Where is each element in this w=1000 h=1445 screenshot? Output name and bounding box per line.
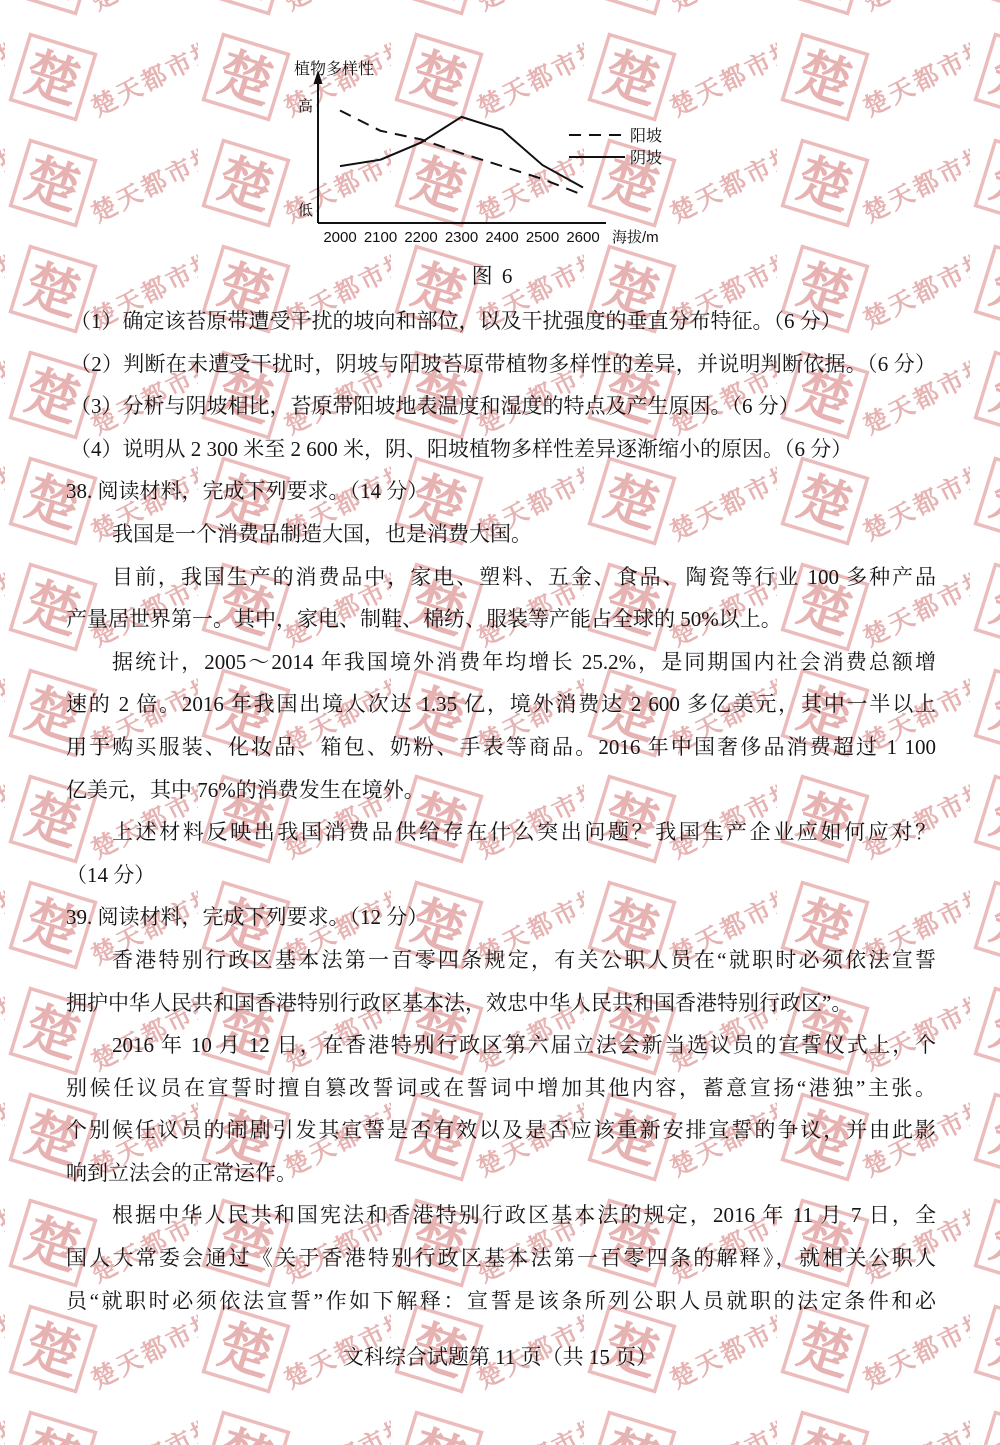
body-line: （14 分） [66,854,936,897]
chart-series-lines [340,111,583,196]
body-line: 39. 阅读材料，完成下列要求。（12 分） [66,896,936,939]
x-axis-tick-labels: 2000210022002300240025002600 [323,229,599,246]
body-line: 响到立法会的正常运作。 [66,1152,936,1195]
x-axis-tick: 2000 [323,229,356,246]
x-axis-tick: 2500 [526,229,559,246]
body-line: （1）确定该苔原带遭受干扰的坡向和部位，以及干扰强度的垂直分布特征。（6 分） [66,300,936,343]
page-content: 植物多样性 高 低 2000210022002300240025002600 海… [0,0,1000,1445]
legend-label-shady-slope: 阴坡 [630,149,662,167]
figure6-chart: 植物多样性 高 低 2000210022002300240025002600 海… [288,53,698,253]
body-line: 上述材料反映出我国消费品供给存在什么突出问题？我国生产企业应如何应对？ [66,811,936,854]
exam-body-text: （1）确定该苔原带遭受干扰的坡向和部位，以及干扰强度的垂直分布特征。（6 分）（… [66,300,936,1322]
x-axis-tick: 2100 [364,229,397,246]
series-line-阴坡 [340,117,583,188]
x-axis-tick: 2400 [485,229,518,246]
body-line: 员“就职时必须依法宣誓”作如下解释：宣誓是该条所列公职人员就职的法定条件和必 [66,1280,936,1323]
body-line: 目前，我国生产的消费品中，家电、塑料、五金、食品、陶瓷等行业 100 多种产品 [66,556,936,599]
body-line: 根据中华人民共和国宪法和香港特别行政区基本法的规定，2016 年 11 月 7 … [66,1194,936,1237]
body-line: （3）分析与阴坡相比，苔原带阳坡地表温度和湿度的特点及产生原因。（6 分） [66,385,936,428]
exam-paper-page: 楚 楚 楚天都市报 楚天都市报 植物多样性 高 [0,0,1000,1445]
body-line: 据统计，2005～2014 年我国境外消费年均增长 25.2%，是同期国内社会消… [66,641,936,684]
body-line: 香港特别行政区基本法第一百零四条规定，有关公职人员在“就职时必须依法宣誓 [66,939,936,982]
body-line: 2016 年 10 月 12 日，在香港特别行政区第六届立法会新当选议员的宣誓仪… [66,1024,936,1067]
body-line: 亿美元，其中 76%的消费发生在境外。 [66,769,936,812]
figure-caption: 图 6 [288,260,698,290]
x-axis-tick: 2600 [566,229,599,246]
chart-x-axis-title: 海拔/m [612,229,659,246]
body-line: 用于购买服装、化妆品、箱包、奶粉、手表等商品。2016 年中国奢侈品消费超过 1… [66,726,936,769]
x-axis-tick: 2200 [404,229,437,246]
body-line: 产量居世界第一。其中，家电、制鞋、棉纺、服装等产能占全球的 50%以上。 [66,598,936,641]
body-line: 速的 2 倍。2016 年我国出境人次达 1.35 亿，境外消费达 2 600 … [66,683,936,726]
body-line: 我国是一个消费品制造大国，也是消费大国。 [66,513,936,556]
y-axis-low-label: 低 [298,202,313,219]
body-line: 拥护中华人民共和国香港特别行政区基本法，效忠中华人民共和国香港特别行政区”。 [66,982,936,1025]
body-line: 个别候任议员的闹剧引发其宣誓是否有效以及是否应该重新安排宣誓的争议，并由此影 [66,1109,936,1152]
y-axis-high-label: 高 [298,97,313,115]
x-axis-tick: 2300 [445,229,478,246]
series-line-阳坡 [340,111,583,196]
chart-legend: 阳坡 阴坡 [569,127,662,167]
body-line: 别候任议员在宣誓时擅自篡改誓词或在誓词中增加其他内容，蓄意宣扬“港独”主张。 [66,1067,936,1110]
body-line: （2）判断在未遭受干扰时，阴坡与阳坡苔原带植物多样性的差异，并说明判断依据。（6… [66,343,936,386]
body-line: 国人大常委会通过《关于香港特别行政区基本法第一百零四条的解释》，就相关公职人 [66,1237,936,1280]
page-footer: 文科综合试题第 11 页（共 15 页） [0,1341,1000,1371]
body-line: （4）说明从 2 300 米至 2 600 米，阴、阳坡植物多样性差异逐渐缩小的… [66,428,936,471]
body-line: 38. 阅读材料，完成下列要求。（14 分） [66,470,936,513]
chart-y-axis-title: 植物多样性 [294,60,374,78]
legend-label-sunny-slope: 阳坡 [630,127,662,145]
